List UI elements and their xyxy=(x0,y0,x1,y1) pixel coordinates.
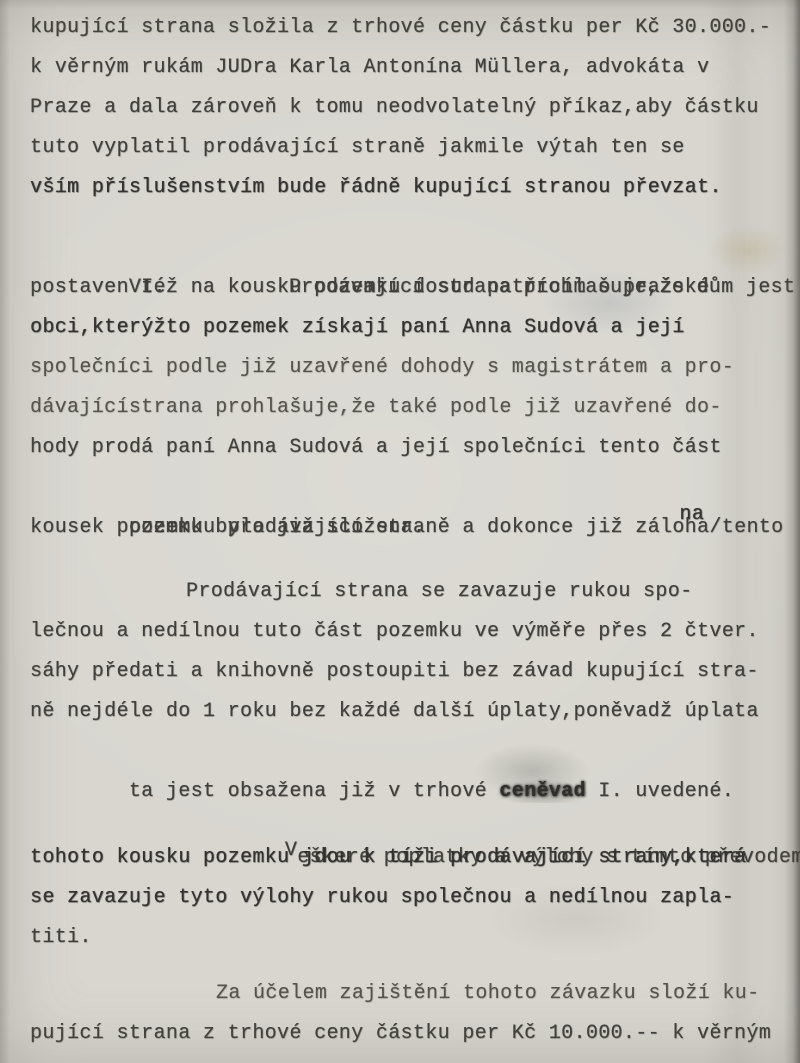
paragraph-article-vi: VI.Prodávající strana prohlašuje,že dům … xyxy=(30,228,776,548)
inserted-word: na xyxy=(679,495,704,535)
text-line: ně nejdéle do 1 roku bez každé další úpl… xyxy=(30,692,776,732)
text-line: lečnou a nedílnou tuto část pozemku ve v… xyxy=(30,612,776,652)
text-line: sáhy předati a knihovně postoupiti bez z… xyxy=(30,652,776,692)
text-line: pující strana z trhové ceny částku per K… xyxy=(30,1014,776,1054)
text-line: společníci podle již uzavřené dohody s m… xyxy=(30,348,776,388)
paragraph-3: Prodávající strana se zavazuje rukou spo… xyxy=(30,572,776,772)
insertion-slash: / xyxy=(709,516,721,539)
text-line: obci,kterýžto pozemek získají paní Anna … xyxy=(30,308,776,348)
text-line: vším příslušenstvím bude řádně kupující … xyxy=(30,168,776,208)
text-line: Za účelem zajištění tohoto závazku složí… xyxy=(30,974,776,1014)
text-line: hody prodá paní Anna Sudová a její spole… xyxy=(30,428,776,468)
paragraph-5: Za účelem zajištění tohoto závazku složí… xyxy=(30,974,776,1054)
text-line: postaven též na kousku pozemku dosud pat… xyxy=(30,268,776,308)
text-line: k věrným rukám JUDra Karla Antonína Müll… xyxy=(30,48,776,88)
paragraph-continuation: kupující strana složila z trhové ceny čá… xyxy=(30,8,776,208)
insertion-mark: na/ xyxy=(709,516,721,539)
text-line: tohoto kousku pozemku jdou k tíži prodáv… xyxy=(30,838,776,878)
overstruck-word: ceněvad xyxy=(497,780,587,803)
typewritten-text-layer: kupující strana složila z trhové ceny čá… xyxy=(0,0,800,1054)
text-line: dávajícístrana prohlašuje,že také podle … xyxy=(30,388,776,428)
text-line: VI.Prodávající strana prohlašuje,že dům … xyxy=(30,228,776,268)
text-segment: I. uvedené. xyxy=(586,780,734,803)
scanned-page: kupující strana složila z trhové ceny čá… xyxy=(0,0,800,1063)
text-line: Prodávající strana se zavazuje rukou spo… xyxy=(30,572,776,612)
text-line-with-insertion: pozemku prodávající straně a dokonce již… xyxy=(30,468,776,508)
text-line: Praze a dala zároveň k tomu neodvolateln… xyxy=(30,88,776,128)
text-line-with-smudge: ta jest obsažena již v trhové ceněvad I.… xyxy=(30,732,776,772)
text-segment: ta jest obsažena již v trhové xyxy=(129,780,500,803)
paragraph-4: Veškeré poplatky a výlohy s tímto převod… xyxy=(30,798,776,958)
text-segment: tento xyxy=(722,516,784,539)
text-line: se zavazuje tyto výlohy rukou společnou … xyxy=(30,878,776,918)
raised-initial: V xyxy=(285,831,297,871)
text-line: kupující strana složila z trhové ceny čá… xyxy=(30,8,776,48)
text-line: titi. xyxy=(30,918,776,958)
text-line: tuto vyplatil prodávající straně jakmile… xyxy=(30,128,776,168)
